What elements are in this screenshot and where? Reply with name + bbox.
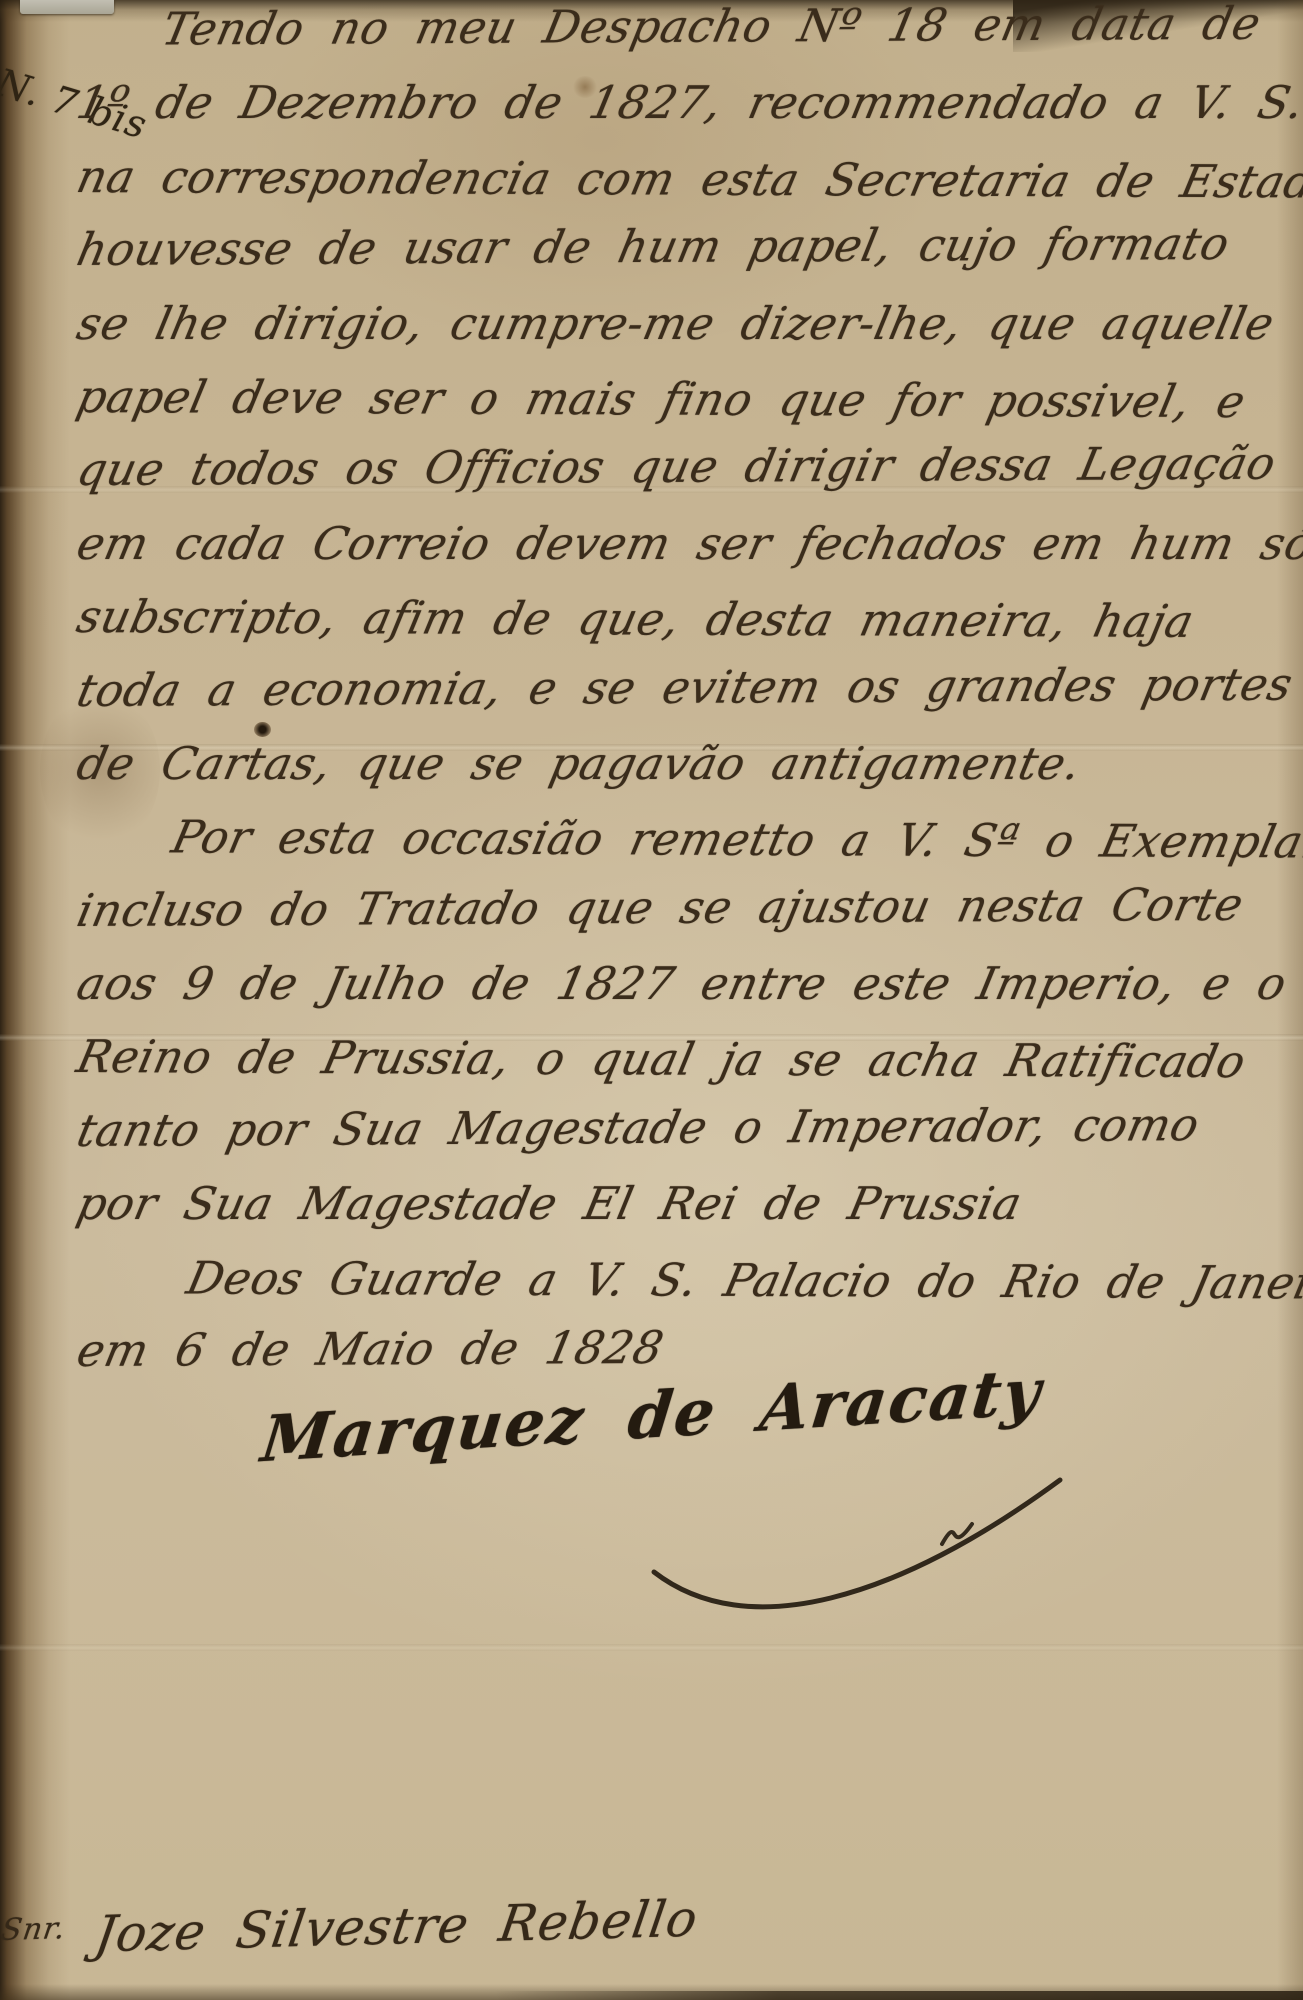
signature-flourish	[642, 1472, 1072, 1672]
flourish-stroke	[654, 1480, 1060, 1607]
manuscript-line: tanto por Sua Magestade o Imperador, com…	[70, 1087, 1303, 1167]
letter-body: Tendo no meu Despacho Nº 18 em data de 1…	[78, 0, 1303, 1387]
manuscript-line: Reino de Prussia, o qual ja se acha Rati…	[70, 1020, 1303, 1099]
addressee-honorific: Snr.	[0, 1911, 68, 1948]
addressee-line: Snr. Joze Silvestre Rebello	[0, 1889, 702, 1966]
manuscript-line: que todos os Officios que dirigir dessa …	[70, 427, 1303, 507]
manuscript-line: Tendo no meu Despacho Nº 18 em data de	[70, 0, 1303, 66]
manuscript-line: 1º de Dezembro de 1827, recommendado a V…	[70, 66, 1303, 139]
manuscript-line: subscripto, afim de que, desta maneira, …	[70, 580, 1303, 659]
bottom-edge-shadow	[495, 1991, 1303, 2000]
manuscript-line: incluso do Tratado que se ajustou nesta …	[70, 867, 1303, 947]
manuscript-line: houvesse de usar de hum papel, cujo form…	[70, 207, 1303, 287]
manuscript-line: toda a economia, e se evitem os grandes …	[70, 647, 1303, 727]
manuscript-line: em cada Correio devem ser fechados em hu…	[70, 507, 1303, 580]
left-scan-shadow	[0, 0, 70, 2000]
manuscript-line: Por esta occasião remetto a V. Sª o Exem…	[70, 800, 1303, 879]
manuscript-line: de Cartas, que se pagavão antigamente.	[70, 727, 1303, 800]
manuscript-page: N. 7 bis Tendo no meu Despacho Nº 18 em …	[0, 0, 1303, 2000]
manuscript-line: se lhe dirigio, cumpre-me dizer-lhe, que…	[70, 287, 1303, 360]
manuscript-line: aos 9 de Julho de 1827 entre este Imperi…	[70, 947, 1303, 1020]
addressee-name: Joze Silvestre Rebello	[91, 1889, 702, 1963]
manuscript-line: por Sua Magestade El Rei de Prussia	[70, 1167, 1303, 1240]
